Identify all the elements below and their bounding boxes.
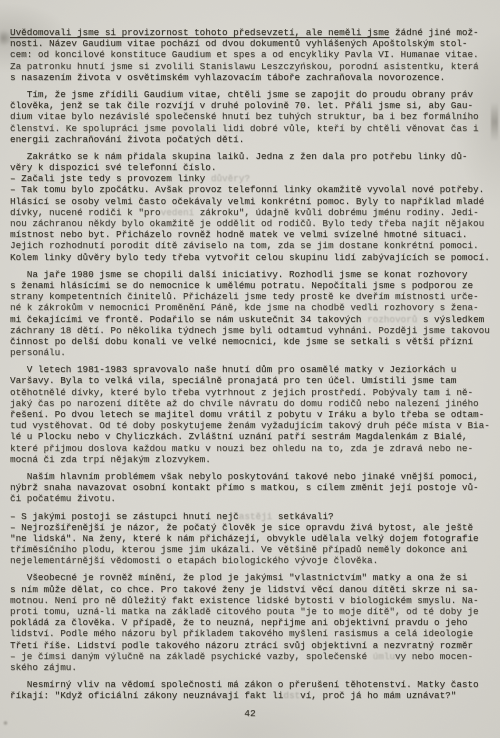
text-line: které přijmou doslova každou matku v nou… bbox=[10, 443, 496, 454]
text-line: mi čekajícími ve frontě. Podařilo se nám… bbox=[10, 314, 496, 325]
text-line: energii zachraňování života počatých dět… bbox=[10, 134, 496, 145]
paragraph: – Začali jste tedy s provozem linky důvě… bbox=[10, 173, 496, 184]
faded-text: dst bbox=[283, 690, 300, 701]
text-line: členství. Ke spolupráci jsme povolali li… bbox=[10, 123, 496, 134]
text-line: s ním může dělat, co chce. Pro takové že… bbox=[10, 584, 496, 595]
paragraph: Uvědomovali jsme si provizornost tohoto … bbox=[10, 27, 496, 83]
text-line: lé u Plocku nebo v Chyliczkách. Zvláštní… bbox=[10, 431, 496, 442]
text-line: – Začali jste tedy s provozem linky důvě… bbox=[10, 173, 496, 184]
text-line: strany kompetentních činitelů. Přicházel… bbox=[10, 291, 496, 302]
text-line: tříměsíčního plodu, kterou jsme jim ukáz… bbox=[10, 544, 496, 555]
text-line: tud vystěhovat. Od té doby poskytujeme ž… bbox=[10, 420, 496, 431]
text-line: Hlásící se osoby velmi často očekávaly v… bbox=[10, 196, 496, 207]
text-line: Tím, že jsme zřídili Gaudium vitae, chtě… bbox=[10, 89, 496, 100]
faded-text: důvěry? bbox=[211, 173, 250, 184]
paragraph: Na jaře 1980 jsme se chopili další inici… bbox=[10, 269, 496, 359]
text-line: nejelementárnější vědomosti o etapách bi… bbox=[10, 555, 496, 566]
paragraph: Všeobecné je rovněž mínění, že plod je j… bbox=[10, 572, 496, 673]
text-line: s ženami hlásícími se do nemocnice k umě… bbox=[10, 280, 496, 291]
text-line: V letech 1981-1983 spravovalo naše hnutí… bbox=[10, 364, 496, 375]
text-line: mocná či zda trpí nějakým zlozvykem. bbox=[10, 454, 496, 465]
underlined-text: Uvědomovali jsme si provizornost tohoto … bbox=[10, 27, 389, 38]
text-line: Uvědomovali jsme si provizornost tohoto … bbox=[10, 27, 496, 38]
text-line: Na jaře 1980 jsme se chopili další inici… bbox=[10, 269, 496, 280]
text-line: cem: od koncilové konstituce Gaudium et … bbox=[10, 49, 496, 60]
text-line: Naším hlavním problémem však nebylo posk… bbox=[10, 471, 496, 482]
text-line: otěhotnělé dívky, které bylo třeba vytrh… bbox=[10, 387, 496, 398]
text-line: – Tak tomu bylo zpočátku. Avšak provoz t… bbox=[10, 184, 496, 195]
text-line: nýbrž snaha navazovat osobní kontakt pří… bbox=[10, 482, 496, 493]
faded-text: úmlu bbox=[373, 651, 395, 662]
text-line: dívky, nucené rodiči k "provedení zákrok… bbox=[10, 207, 496, 218]
faded-text: vedení bbox=[161, 207, 194, 218]
text-line: nosti. Název Gaudium vitae pochází od dv… bbox=[10, 38, 496, 49]
document-page: Uvědomovali jsme si provizornost tohoto … bbox=[0, 0, 500, 738]
text-line: personálu. bbox=[10, 347, 496, 358]
paragraph: V letech 1981-1983 spravovalo naše hnutí… bbox=[10, 364, 496, 465]
text-line: záchrany 18 dětí. Po několika týdnech js… bbox=[10, 325, 496, 336]
paragraph: – Tak tomu bylo zpočátku. Avšak provoz t… bbox=[10, 184, 496, 262]
text-line: činnost po delší dobu konali ve velké ne… bbox=[10, 336, 496, 347]
text-line: či počatému životu. bbox=[10, 493, 496, 504]
text-line: Třetí říše. Lidství podle takového názor… bbox=[10, 640, 496, 651]
scan-speck-artifact bbox=[3, 720, 8, 726]
paragraph: Tím, že jsme zřídili Gaudium vitae, chtě… bbox=[10, 89, 496, 145]
text-line: pokládá za člověka. V případě, že to neu… bbox=[10, 617, 496, 628]
text-line: proti tomu, uzná-li matka na základě cit… bbox=[10, 606, 496, 617]
text-line: – S jakými postoji se zástupci hnutí nej… bbox=[10, 511, 496, 522]
paragraph: Zakrátko se k nám přidala skupina laiků.… bbox=[10, 151, 496, 173]
text-line: Varšavy. Byla to velká vila, speciálně p… bbox=[10, 375, 496, 386]
paragraph: Naším hlavním problémem však nebylo posk… bbox=[10, 471, 496, 505]
text-line: motnou. Není pro ně důležitý fakt existe… bbox=[10, 595, 496, 606]
page-number: 42 bbox=[0, 708, 500, 719]
text-line: říkají: "Když oficiální zákony neuznávaj… bbox=[10, 690, 496, 701]
text-line: jaký čas po narození dítěte až do chvíle… bbox=[10, 398, 496, 409]
text-line: – Nejrozšířenější je názor, že počatý čl… bbox=[10, 522, 496, 533]
text-line: Všeobecné je rovněž mínění, že plod je j… bbox=[10, 572, 496, 583]
text-line: Jejich rozhodnutí porodit dítě záviselo … bbox=[10, 240, 496, 251]
text-line: ského zájmu. bbox=[10, 662, 496, 673]
text-line: "ne lidská". Na ženy, které k nám přichá… bbox=[10, 533, 496, 544]
text-line: místnost nebo byt. Přicházelo rovněž hod… bbox=[10, 229, 496, 240]
text-line: člověka, jenž se tak čile rozvíjí v druh… bbox=[10, 100, 496, 111]
text-line: dium vitae bylo nezávislé společenské hn… bbox=[10, 111, 496, 122]
text-content: Uvědomovali jsme si provizornost tohoto … bbox=[10, 27, 496, 702]
text-line: Kolem linky důvěry bylo tedy třeba vytvo… bbox=[10, 252, 496, 263]
text-line: – je čímsi daným výlučně na základě psyc… bbox=[10, 651, 496, 662]
text-line: Za patronku hnutí jsme si zvolili Stanis… bbox=[10, 61, 496, 72]
text-line: věry k dispozici své telefonní číslo. bbox=[10, 162, 496, 173]
faded-text: astěji bbox=[239, 511, 278, 522]
text-line: Zakrátko se k nám přidala skupina laiků.… bbox=[10, 151, 496, 162]
text-line: né k zákrokům v nemocnici Proměnění Páně… bbox=[10, 302, 496, 313]
paragraph: Nesmírný vliv na vědomí společnosti má z… bbox=[10, 679, 496, 701]
text-line: řešení. Po dvou letech se majitel domu v… bbox=[10, 409, 496, 420]
faded-text: rozhovorů bbox=[367, 314, 417, 325]
paragraph: – Nejrozšířenější je názor, že počatý čl… bbox=[10, 522, 496, 567]
text-line: lidství. Podle mého názoru byl příkladem… bbox=[10, 628, 496, 639]
paragraph: – S jakými postoji se zástupci hnutí nej… bbox=[10, 511, 496, 522]
text-line: nou záchranou někdy bylo okamžitě je odd… bbox=[10, 218, 496, 229]
text-line: s nasazením života v osvětimském vyhlazo… bbox=[10, 72, 496, 83]
text-line: Nesmírný vliv na vědomí společnosti má z… bbox=[10, 679, 496, 690]
